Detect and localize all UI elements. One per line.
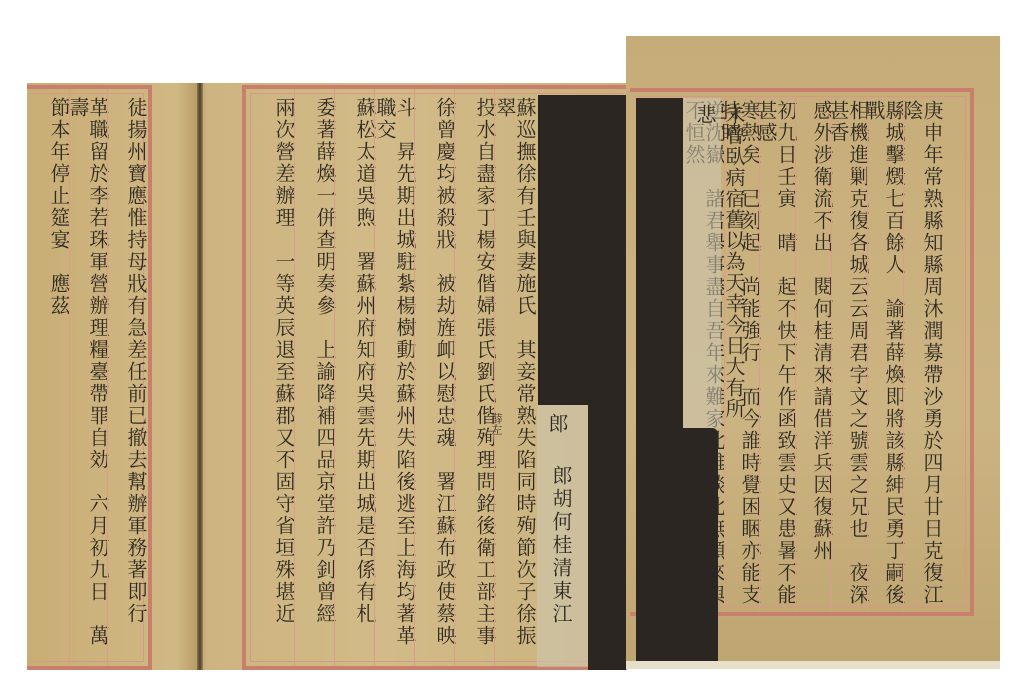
column: 徐曾慶均被殺戕 被劫旌卹以慰忠魂 署江蘇布政使蔡映 — [414, 89, 455, 666]
column: 蘇松太道吳煦 署蘇州府知府吳雲先期出城是否係有札 — [334, 89, 375, 666]
column-text: 初九日壬寅 晴 起不快下午作函致雲史又患暑不能甚感 — [760, 100, 796, 612]
redaction-block — [588, 400, 626, 670]
redaction-block — [636, 98, 683, 661]
column: 節本年停止筵宴 應茲 — [33, 89, 69, 666]
slip-text: 未曾臥病宿舊以為天幸今日大有所悲 — [691, 104, 749, 428]
left-page-a-frame: 節本年停止筵宴 應茲 革職留於李若珠軍營辦理糧臺帶罪自効 六月初九日 萬壽 徒揚… — [27, 85, 152, 670]
column-text: 委著薛煥一併查明奏參 上諭降補四品京堂許乃釗曾經 — [295, 97, 335, 625]
column: 庚申年常熟縣知縣周沐潤募帶沙勇於四月廿日克復江陰 — [903, 92, 942, 612]
redaction-block — [538, 95, 626, 405]
column-text: 徒揚州寶應惟持母戕有急差任前已撤去幫辦軍務著即行 — [108, 97, 146, 625]
column: 委著薛煥一併查明奏參 上諭降補四品京堂許乃釗曾經 — [294, 89, 335, 666]
slip-text-b: 郎胡何桂清東江 — [547, 465, 576, 626]
column-text: 相機進剿克復各城云云周君字文之號雲之兄也 夜深甚香 — [832, 100, 868, 612]
redaction-block — [680, 428, 718, 661]
column: 相機進剿克復各城云云周君字文之號雲之兄也 夜深甚香 — [831, 92, 868, 612]
column-text: 感外涉衛流不出 閱何桂清來請借洋兵因復蘇州 — [796, 100, 832, 562]
column-text: 徐曾慶均被殺戕 被劫旌卹以慰忠魂 署江蘇布政使蔡映 — [415, 97, 455, 647]
column-text: 蘇巡撫徐有壬與妻施氏 其妾常熟失陷同時殉節次子徐振翠 — [495, 97, 535, 666]
column: 初九日壬寅 晴 起不快下午作函致雲史又患暑不能甚感 — [759, 92, 796, 612]
column-text: 縣城擊燬七百餘人 諭著薛煥即將該縣紳民勇丁嗣後戰 — [868, 100, 904, 612]
column-text: 蘇松太道吳煦 署蘇州府知府吳雲先期出城是否係有札 — [335, 97, 375, 625]
book-gutter — [197, 83, 203, 670]
column-text: 節本年停止筵宴 應茲 — [33, 97, 69, 317]
column: 投水自盡家丁楊安偕婦張氏劉氏偕殉理問銘後衛工部主事 — [454, 89, 495, 666]
column-text: 兩次營差辦理 一等英辰退至蘇郡又不固守省垣殊堪近 — [254, 97, 294, 625]
column: 兩次營差辦理 一等英辰退至蘇郡又不固守省垣殊堪近 — [254, 89, 294, 666]
column: 革職留於李若珠軍營辦理糧臺帶罪自効 六月初九日 萬壽 — [69, 89, 108, 666]
column: 縣城擊燬七百餘人 諭著薛煥即將該縣紳民勇丁嗣後戰 — [867, 92, 904, 612]
pasted-slip-right: 未曾臥病宿舊以為天幸今日大有所悲 — [683, 98, 721, 428]
slip-text-a: 郎 — [543, 413, 572, 433]
column-text: 革職留於李若珠軍營辦理糧臺帶罪自効 六月初九日 萬壽 — [70, 97, 108, 666]
column: 感外涉衛流不出 閱何桂清來請借洋兵因復蘇州 — [795, 92, 832, 612]
pasted-slip-left: 郎 郎胡何桂清東江 — [537, 405, 591, 667]
marginal-annotation: 薛左 — [488, 413, 504, 435]
column: 蘇巡撫徐有壬與妻施氏 其妾常熟失陷同時殉節次子徐振翠 — [494, 89, 535, 666]
column-text: 斗 昇先期出城駐紮楊樹動於蘇州失陷後逃至上海均著革職交 — [375, 97, 415, 666]
column-text: 投水自盡家丁楊安偕婦張氏劉氏偕殉理問銘後衛工部主事 — [455, 97, 495, 647]
scan-edge — [626, 661, 1000, 669]
column: 斗 昇先期出城駐紮楊樹動於蘇州失陷後逃至上海均著革職交 — [374, 89, 415, 666]
column: 徒揚州寶應惟持母戕有急差任前已撤去幫辦軍務著即行 — [107, 89, 146, 666]
column-text: 庚申年常熟縣知縣周沐潤募帶沙勇於四月廿日克復江陰 — [904, 100, 942, 612]
